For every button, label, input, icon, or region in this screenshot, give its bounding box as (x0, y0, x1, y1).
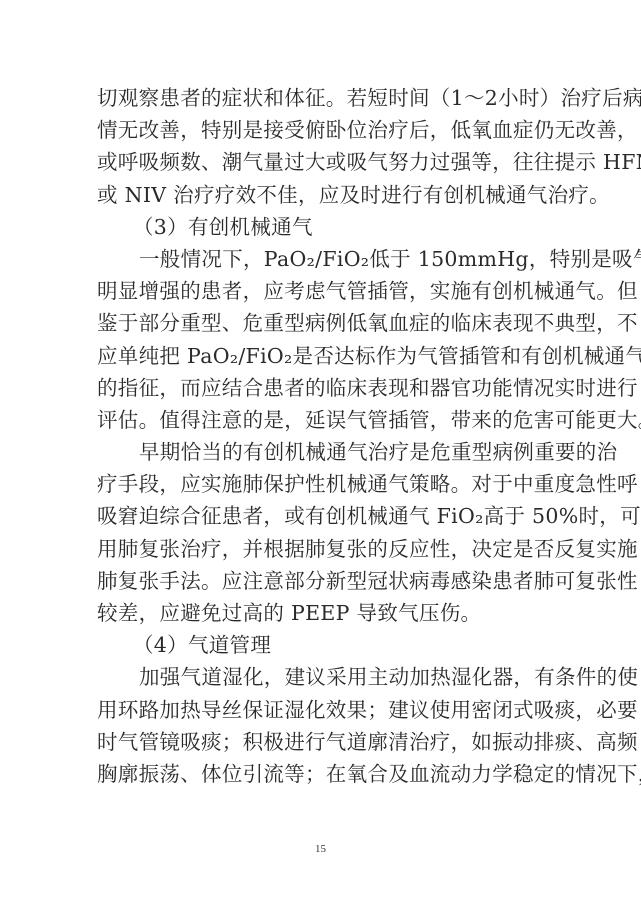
text-line: 明显增强的患者，应考虑气管插管，实施有创机械通气。但 (97, 275, 547, 307)
text-line: 较差，应避免过高的 PEEP 导致气压伤。 (97, 597, 547, 629)
text-line: 用肺复张治疗，并根据肺复张的反应性，决定是否反复实施 (97, 533, 547, 565)
text-line: 应单纯把 PaO₂/FiO₂是否达标作为气管插管和有创机械通气 (97, 340, 547, 372)
text-line: 一般情况下，PaO₂/FiO₂低于 150mmHg，特别是吸气努力 (97, 243, 547, 275)
section-heading-invasive-ventilation: （3）有创机械通气 (97, 211, 547, 243)
text-line: 切观察患者的症状和体征。若短时间（1～2小时）治疗后病 (97, 82, 547, 114)
page-number: 15 (0, 843, 641, 855)
text-line: 早期恰当的有创机械通气治疗是危重型病例重要的治 (97, 436, 547, 468)
text-line: 或呼吸频数、潮气量过大或吸气努力过强等，往往提示 HFNC (97, 146, 547, 178)
paragraph-airway-humidification: 加强气道湿化，建议采用主动加热湿化器，有条件的使 用环路加热导丝保证湿化效果；建… (97, 661, 547, 790)
text-line: 时气管镜吸痰；积极进行气道廓清治疗，如振动排痰、高频 (97, 726, 547, 758)
text-line: 评估。值得注意的是，延误气管插管，带来的危害可能更大。 (97, 404, 547, 436)
text-line: 情无改善，特别是接受俯卧位治疗后，低氧血症仍无改善， (97, 114, 547, 146)
text-line: 肺复张手法。应注意部分新型冠状病毒感染患者肺可复张性 (97, 565, 547, 597)
text-line: 疗手段，应实施肺保护性机械通气策略。对于中重度急性呼 (97, 468, 547, 500)
document-page: 切观察患者的症状和体征。若短时间（1～2小时）治疗后病 情无改善，特别是接受俯卧… (97, 82, 547, 790)
text-line: 加强气道湿化，建议采用主动加热湿化器，有条件的使 (97, 661, 547, 693)
text-line: 鉴于部分重型、危重型病例低氧血症的临床表现不典型，不 (97, 307, 547, 339)
text-line: 的指征，而应结合患者的临床表现和器官功能情况实时进行 (97, 372, 547, 404)
paragraph-lung-protective-strategy: 早期恰当的有创机械通气治疗是危重型病例重要的治 疗手段，应实施肺保护性机械通气策… (97, 436, 547, 629)
paragraph-continuation: 切观察患者的症状和体征。若短时间（1～2小时）治疗后病 情无改善，特别是接受俯卧… (97, 82, 547, 211)
text-line: 用环路加热导丝保证湿化效果；建议使用密闭式吸痰，必要 (97, 694, 547, 726)
text-line: 吸窘迫综合征患者，或有创机械通气 FiO₂高于 50%时，可采 (97, 500, 547, 532)
paragraph-intubation-criteria: 一般情况下，PaO₂/FiO₂低于 150mmHg，特别是吸气努力 明显增强的患… (97, 243, 547, 436)
text-line: 胸廓振荡、体位引流等；在氧合及血流动力学稳定的情况下， (97, 758, 547, 790)
text-line: 或 NIV 治疗疗效不佳，应及时进行有创机械通气治疗。 (97, 179, 547, 211)
section-heading-airway-management: （4）气道管理 (97, 629, 547, 661)
